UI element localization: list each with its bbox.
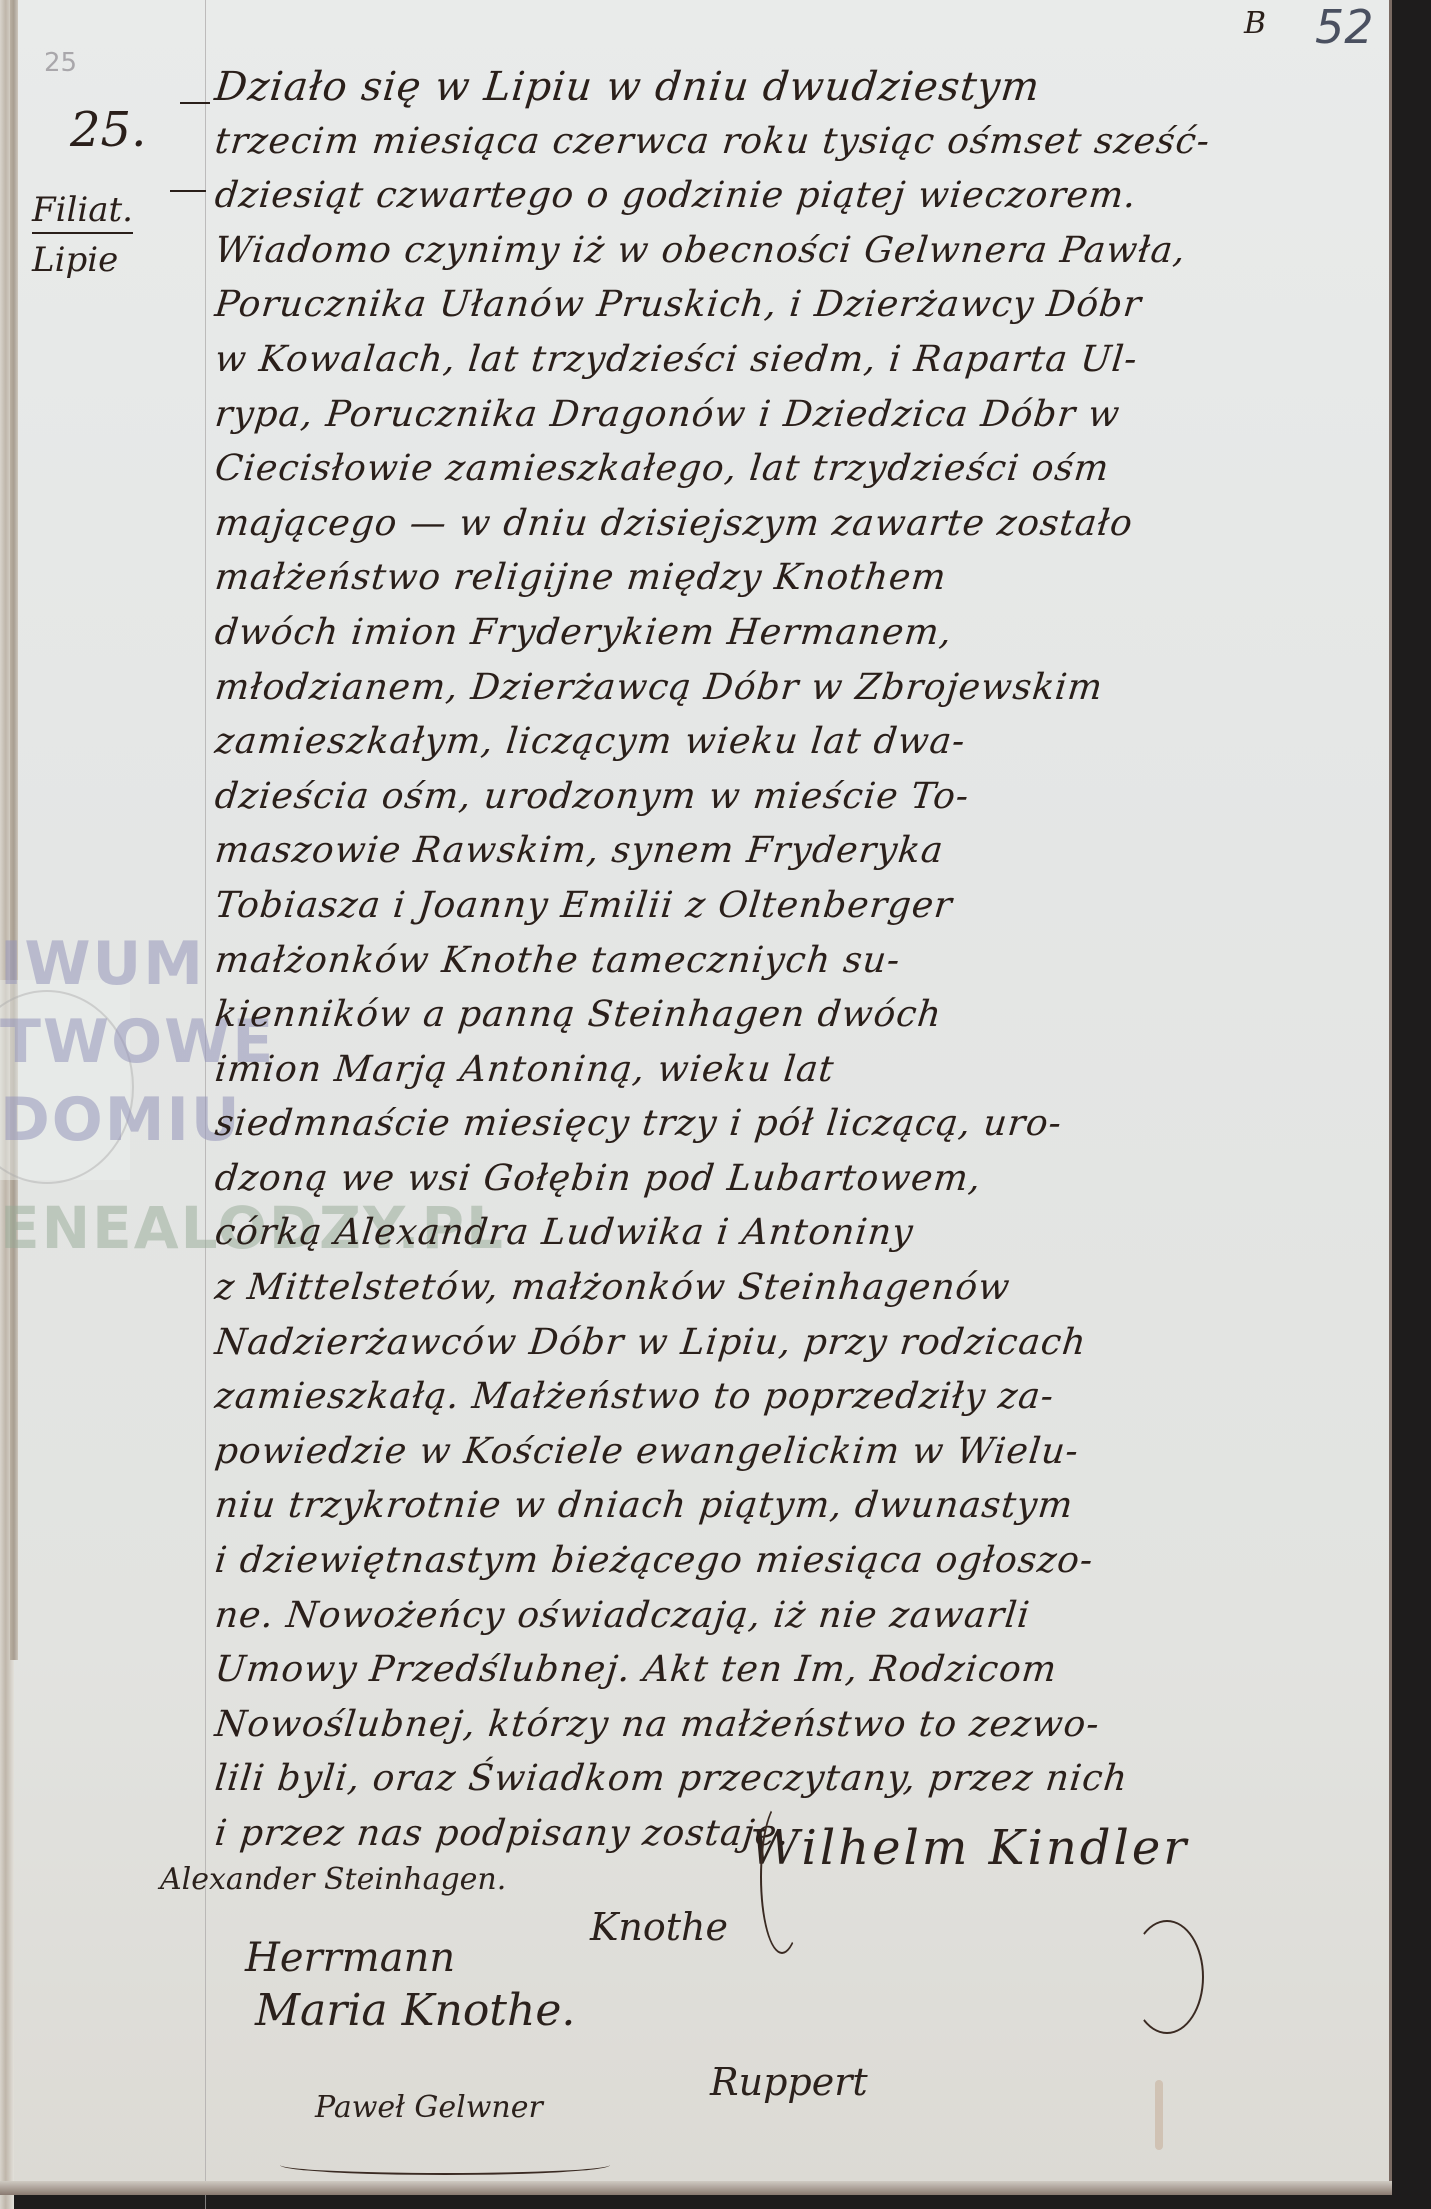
text-line: Tobiasza i Joanny Emilii z Oltenberger [212,879,1378,934]
text-line: Wiadomo czynimy iż w obecności Gelwnera … [212,224,1378,279]
margin-dash [180,102,210,104]
text-line: Ciecisłowie zamieszkałego, lat trzydzieś… [212,442,1378,497]
page-number: 52 [1315,0,1374,54]
binding-thread [10,0,18,1660]
signature-underline [280,2155,610,2175]
text-line: dzieścia ośm, urodzonym w mieście To- [212,770,1378,825]
text-line: siedmnaście miesięcy trzy i pół liczącą,… [212,1097,1378,1152]
signature-flourish [760,1800,804,1954]
signature-groom-surname: Knothe [590,1905,728,1949]
text-line: powiedzie w Kościele ewangelickim w Wiel… [212,1425,1378,1480]
text-line: Działo się w Lipiu w dniu dwudziestym [212,60,1378,115]
entry-type: Filiat. [32,190,133,234]
text-line: z Mittelstetów, małżonków Steinhagenów [212,1261,1378,1316]
signature-groom-given: Herrmann [245,1935,455,1981]
record-text: Działo się w Lipiu w dniu dwudziestym tr… [215,60,1375,1862]
text-line: kienników a panną Steinhagen dwóch [212,988,1378,1043]
text-line: zamieszkałym, liczącym wieku lat dwa- [212,715,1378,770]
text-line: mającego — w dniu dzisiejszym zawarte zo… [212,497,1378,552]
signature-witness-1: Paweł Gelwner [315,2090,543,2125]
margin-dash [170,190,206,192]
folio-mark: B [1244,6,1266,41]
pencil-number: 25 [44,48,77,78]
text-line: dzoną we wsi Gołębin pod Lubartowem, [212,1152,1378,1207]
text-line: trzecim miesiąca czerwca roku tysiąc ośm… [212,115,1378,170]
text-line: córką Alexandra Ludwika i Antoniny [212,1206,1378,1261]
text-line: małżeństwo religijne między Knothem [212,551,1378,606]
signature-flourish [1130,1920,1204,2034]
signature-bride: Maria Knothe. [255,1985,575,2036]
text-line: młodzianem, Dzierżawcą Dóbr w Zbrojewski… [212,661,1378,716]
text-line: Umowy Przedślubnej. Akt ten Im, Rodzicom [212,1643,1378,1698]
signature-father: Alexander Steinhagen. [160,1862,506,1897]
text-line: zamieszkałą. Małżeństwo to poprzedziły z… [212,1370,1378,1425]
text-line: rypa, Porucznika Dragonów i Dziedzica Dó… [212,388,1378,443]
entry-number: 25. [70,102,146,158]
text-line: maszowie Rawskim, synem Fryderyka [212,824,1378,879]
text-line: Porucznika Ułanów Pruskich, i Dzierżawcy… [212,278,1378,333]
text-line: Nowoślubnej, którzy na małżeństwo to zez… [212,1698,1378,1753]
text-line: lili byli, oraz Świadkom przeczytany, pr… [212,1752,1378,1807]
entry-place: Lipie [32,240,118,280]
text-line: ne. Nowożeńcy oświadczają, iż nie zawarl… [212,1589,1378,1644]
signature-officiant: Wilhelm Kindler [750,1820,1189,1876]
text-line: dziesiąt czwartego o godzinie piątej wie… [212,169,1378,224]
paper-stain [1155,2080,1163,2150]
document-page: IWUM TWOWE DOMIU ENEALODZY.PL 25 B 52 25… [0,0,1392,2195]
text-line: w Kowalach, lat trzydzieści siedm, i Rap… [212,333,1378,388]
text-line: i dziewiętnastym bieżącego miesiąca ogło… [212,1534,1378,1589]
text-line: niu trzykrotnie w dniach piątym, dwunast… [212,1479,1378,1534]
text-line: dwóch imion Fryderykiem Hermanem, [212,606,1378,661]
text-line: Nadzierżawców Dóbr w Lipiu, przy rodzica… [212,1316,1378,1371]
text-line: małżonków Knothe tameczniych su- [212,934,1378,989]
signature-witness-2: Ruppert [710,2060,868,2104]
text-line: imion Marją Antoniną, wieku lat [212,1043,1378,1098]
